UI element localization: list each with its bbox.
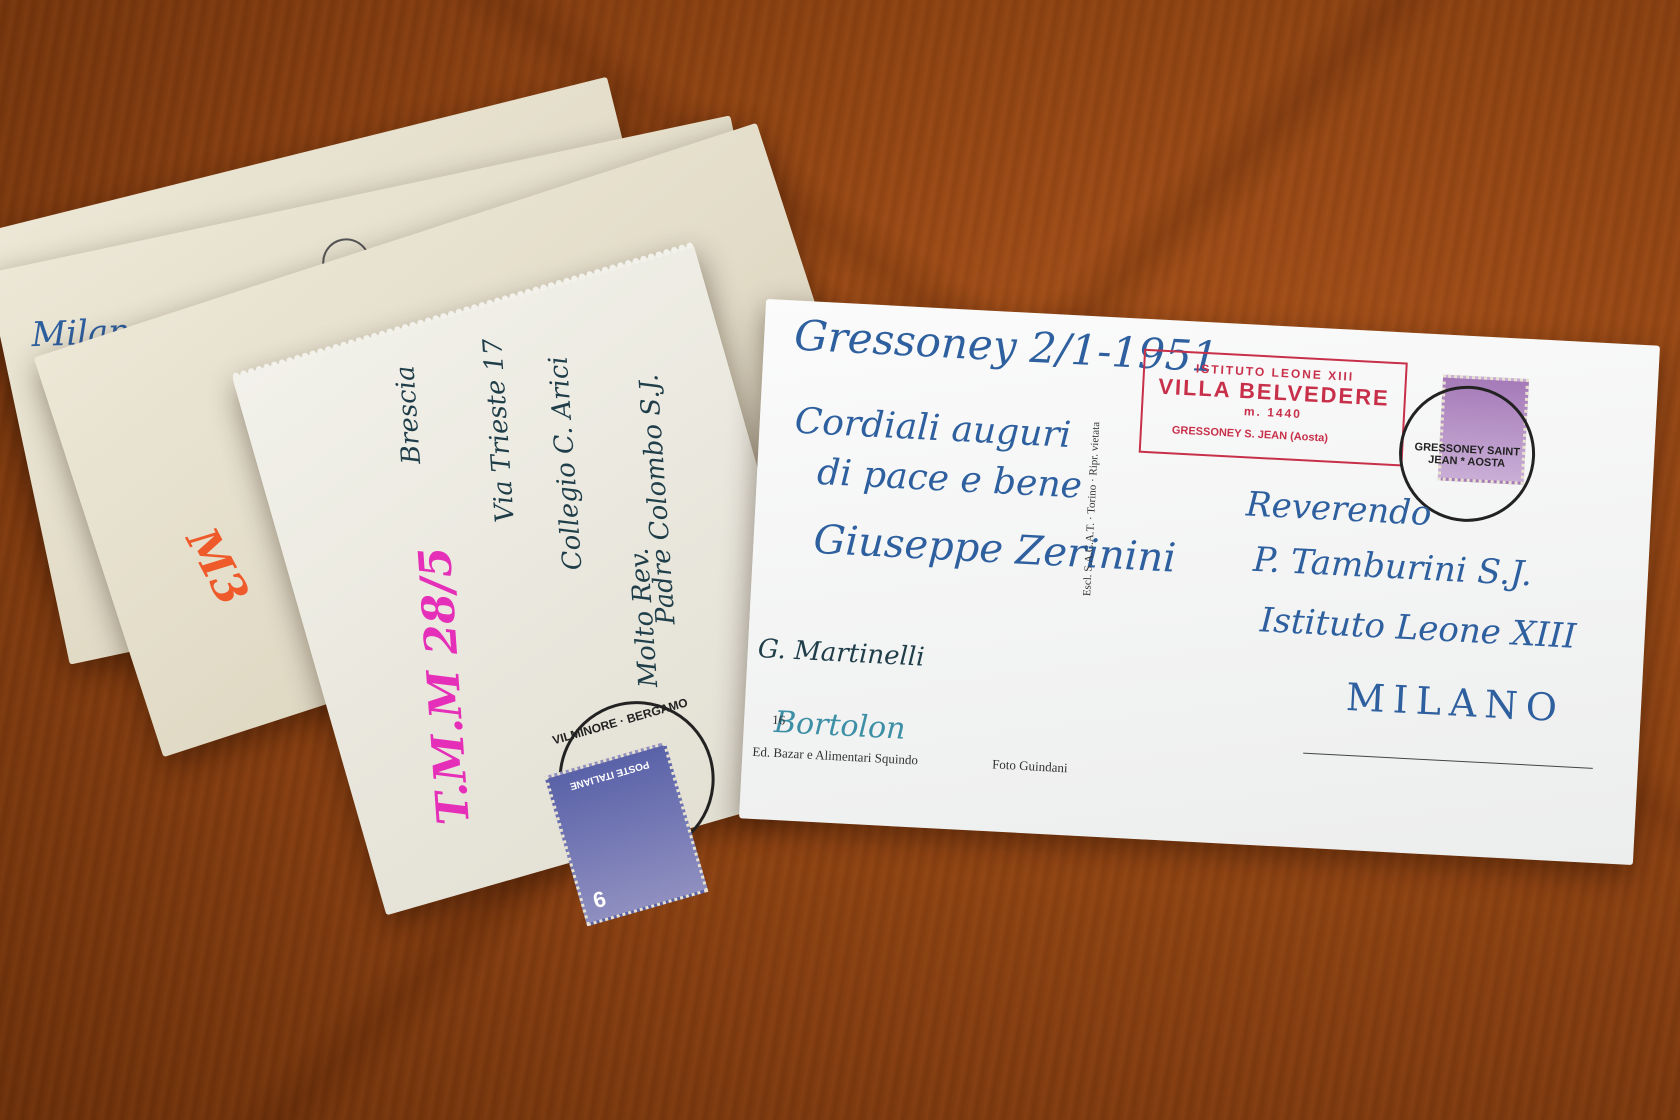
card-a-address-line: Via Trieste 17 [478,337,521,523]
address-rule [1303,753,1593,769]
card-number: 16 [772,712,786,729]
card-a-address-line: Collegio C. Arici [544,355,589,571]
address-line: Istituto Leone XIII [1259,600,1577,657]
address-line: MILANO [1345,675,1566,730]
address-line: Reverendo [1245,484,1432,534]
secondary-signature: G. Martinelli [757,634,925,673]
card-a-address-line: Brescia [390,365,427,466]
secondary-signature: Bortolon [773,705,906,747]
photo-credit: Foto Guindani [992,756,1068,776]
message-line: di pace e bene [816,452,1083,507]
card-a-pink-note: T.M.M 28/5 [410,545,480,826]
postcard-front: Gressoney 2/1-1951 Cordiali auguri di pa… [739,299,1660,865]
card-b-orange-note: M3 [176,520,258,614]
signature: Giuseppe Zerinini [812,517,1177,582]
stamp-value: 6 [590,886,609,914]
publisher-footer: Ed. Bazar e Alimentari Squindo [752,744,918,769]
address-line: P. Tamburini S.J. [1252,540,1533,595]
hotel-stamp: ISTITUTO LEONE XIII VILLA BELVEDERE m. 1… [1139,349,1408,467]
message-line: Cordiali auguri [794,401,1072,456]
